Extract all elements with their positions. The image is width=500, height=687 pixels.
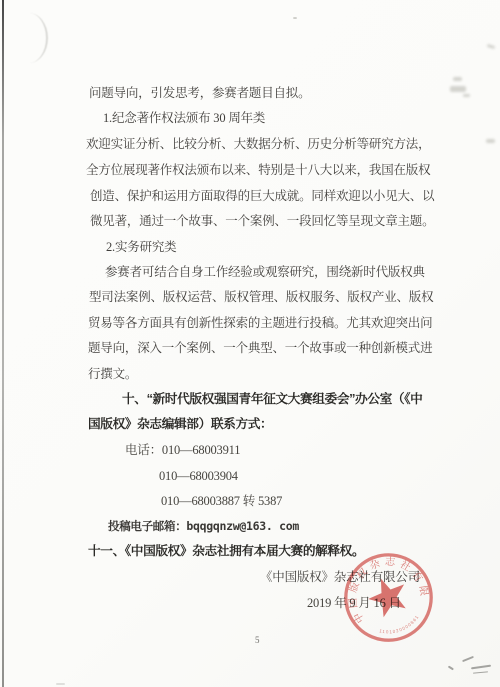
scan-dot-artifact <box>293 17 297 19</box>
scan-smudge <box>453 77 462 81</box>
text-line-12: 行撰文。 <box>88 367 137 382</box>
scan-smudge <box>486 139 495 143</box>
text-line-9: 型司法案例、版权运营、版权管理、版权服务、版权产业、版权 <box>89 290 433 305</box>
text-line-13: 十、“新时代版权强国青年征文大赛组委会”办公室（《中 <box>122 392 422 407</box>
text-line-3: 欢迎实证分析、比较分析、大数据分析、历史分析等研究方法， <box>86 137 430 152</box>
scan-smudge <box>487 44 496 49</box>
scan-smudge <box>450 86 466 92</box>
seal-code-text: 1101020000861 <box>377 613 422 640</box>
text-line-11: 题导向，深入一个案例、一个典型、一个故事或一种创新模式进 <box>88 341 432 356</box>
official-seal: 中国版权杂志社有限公司 1101020000861 <box>340 549 437 648</box>
page-number: 5 <box>255 635 260 645</box>
text-line-19: 十一、《中国版权》杂志社拥有本届大赛的解释权。 <box>88 544 364 559</box>
text-line-18: 投稿电子邮箱：bqqgqnzw@163. com <box>108 519 299 534</box>
text-line-15: 电话：010—68003911 <box>125 443 240 458</box>
text-line-8: 参赛者可结合自身工作经验或观察研究，围绕新时代版权典 <box>105 265 425 280</box>
text-line-1: 问题导向，引发思考，参赛者题目自拟。 <box>89 86 310 101</box>
scan-edge-artifact <box>2 0 4 687</box>
text-line-14: 国版权》杂志编辑部）联系方式： <box>88 417 272 432</box>
scan-smudge <box>463 94 470 97</box>
pencil-mark <box>471 665 491 669</box>
scanned-document-page: 问题导向，引发思考，参赛者题目自拟。1.纪念著作权法颁布 30 周年类欢迎实证分… <box>0 0 500 687</box>
text-line-2: 1.纪念著作权法颁布 30 周年类 <box>103 111 265 126</box>
text-line-17: 010—68003887 转 5387 <box>161 494 282 509</box>
star-icon <box>363 571 413 620</box>
pencil-mark <box>473 671 488 673</box>
text-line-4: 全方位展现著作权法颁布以来、特别是十八大以来，我国在版权 <box>86 163 430 178</box>
text-line-7: 2.实务研究类 <box>106 240 176 255</box>
pencil-mark <box>448 666 454 670</box>
text-line-10: 贸易等各方面具有创新性探索的主题进行投稿。尤其欢迎突出问 <box>88 316 432 331</box>
text-line-5: 创造、保护和运用方面取得的巨大成就。同样欢迎以小见大、以 <box>90 189 434 204</box>
pencil-mark <box>462 656 474 662</box>
pencil-mark <box>56 683 65 685</box>
scan-curve-artifact <box>21 13 48 63</box>
text-line-16: 010—68003904 <box>159 469 238 484</box>
text-line-6: 微见著，通过一个故事、一个案例、一段回忆等呈现文章主题。 <box>90 214 434 229</box>
